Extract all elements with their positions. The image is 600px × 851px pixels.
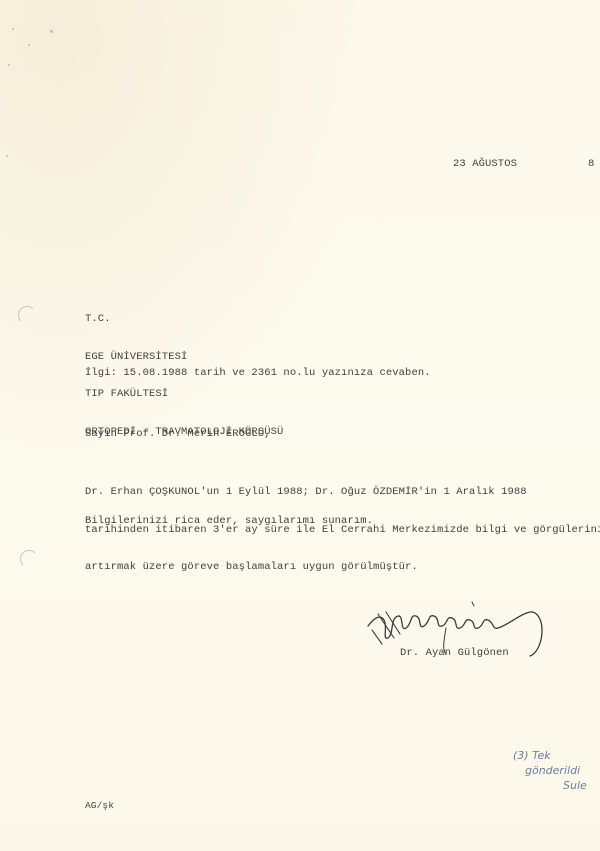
handwritten-note-line: (3) Tek [513,748,587,763]
paper-speck [50,30,53,33]
handwritten-note-line: Sule [563,778,587,793]
paper-speck [8,64,10,66]
salutation: Sayın Prof. Dr. Merih EROĞLU, [85,428,271,440]
handwritten-note-line: gönderildi [525,763,587,778]
typist-initials: AG/şk [85,800,114,812]
paper-speck [12,28,14,30]
letter-date-suffix: 8 [588,158,594,170]
punch-hole-mark [18,306,36,324]
letter-page: 23 AĞUSTOS 8 T.C. EGE ÜNİVERSİTESİ TIP F… [0,0,600,851]
handwritten-note: (3) Tek gönderildi Sule [505,748,587,793]
address-line: T.C. [85,313,283,326]
address-line: TIP FAKÜLTESİ [85,388,283,401]
closing-line: Bilgilerinizi rica eder, saygılarımı sun… [85,515,373,527]
paper-speck [6,155,8,157]
reference-line: İlgi: 15.08.1988 tarih ve 2361 no.lu yaz… [85,367,431,379]
letter-date: 23 AĞUSTOS [453,158,517,170]
body-line: Dr. Erhan ÇOŞKUNOL'un 1 Eylül 1988; Dr. … [85,486,600,499]
punch-hole-mark [20,550,38,568]
letter-body: Dr. Erhan ÇOŞKUNOL'un 1 Eylül 1988; Dr. … [85,461,600,599]
signer-name: Dr. Ayan Gülgönen [400,647,509,659]
body-line: artırmak üzere göreve başlamaları uygun … [85,561,600,574]
address-line: EGE ÜNİVERSİTESİ [85,351,283,364]
paper-speck [28,44,30,46]
